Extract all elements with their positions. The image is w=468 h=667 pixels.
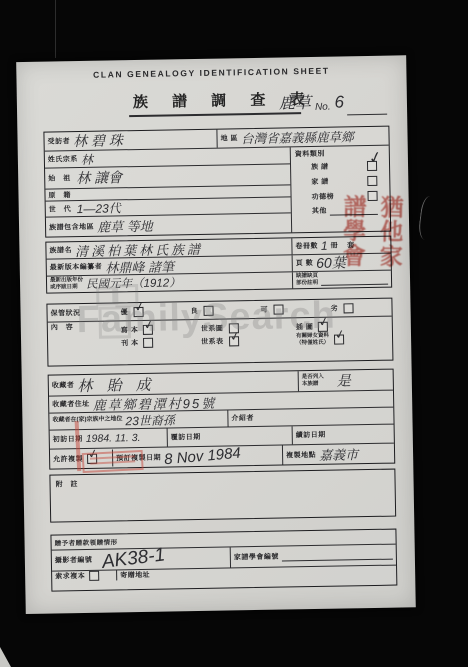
photographer-number-label: 攝影者編號 (55, 555, 93, 566)
content-illustrations-label: 插 圖 (296, 322, 314, 332)
volumes-value: 1 (321, 239, 328, 253)
copy-location-label: 複製地點 (286, 449, 316, 460)
sheet-title-english: CLAN GENEALOGY IDENTIFICATION SHEET (16, 64, 406, 81)
content-women-data-checkbox: ✓ (334, 334, 344, 344)
followup-visit-date-label: 續訪日期 (296, 430, 326, 441)
content-printed-checkbox (143, 338, 153, 348)
surname-lineage-label: 姓氏宗系 (48, 154, 78, 165)
pages-label: 頁 數 (296, 258, 314, 268)
section-notes: 附 註 (49, 469, 396, 523)
category-jiapu-label: 家 譜 (311, 177, 329, 187)
included-in-genealogy-label: 是否列入 本族譜 (302, 374, 324, 388)
condition-excellent-checkbox: ✓ (133, 306, 143, 316)
holder-clan-position-label: 收藏者在(家)宗族中之地位 (52, 417, 122, 425)
planned-copy-date-value: 8 Nov 1984 (163, 445, 241, 469)
generations-label: 世 代 (49, 204, 74, 214)
series-number-handwriting: 6 (334, 92, 344, 112)
surname-value: 林 (81, 150, 93, 167)
series-number-underline (347, 114, 387, 116)
category-zupu-checkbox: ✓ (367, 161, 377, 171)
copy-location-value: 嘉義市 (319, 444, 358, 464)
first-visit-date-value: 1984. 11. 3. (86, 432, 141, 445)
title-underline (129, 112, 301, 117)
content-illustrations-checkbox: ✓ (318, 321, 328, 331)
content-women-data-label: 有關婦女資料 （特僅姓氏） (296, 333, 329, 347)
content-pedigree-table-checkbox: ✓ (228, 336, 238, 346)
section-admin: 贈予者贈款領贈情形 攝影者編號 AK38-1 家譜學會編號 索求複本 寄贈地址 (50, 529, 397, 592)
content-label: 內 容 (51, 322, 76, 332)
condition-poor-label: 劣 (330, 303, 338, 313)
watermark-logo-square (96, 286, 115, 305)
area-value: 台灣省嘉義縣鹿草鄉 (241, 127, 354, 147)
included-in-genealogy-value: 是 (337, 370, 351, 390)
request-copy-label: 索求複本 (55, 571, 85, 582)
next-page-corner (0, 647, 11, 667)
publication-date-label: 最新出版年份 或序跋日期 (50, 277, 83, 291)
content-manuscript-checkbox: ✓ (143, 324, 153, 334)
mailing-address-label: 寄贈地址 (120, 570, 150, 581)
missing-pages-label: 缺譜缺頁 部份註明 (296, 273, 318, 287)
donor-record-label: 贈予者贈款領贈情形 (54, 537, 117, 547)
check-mark-icon: ✓ (228, 329, 241, 343)
society-number-label: 家譜學會編號 (234, 552, 279, 563)
first-ancestor-value: 林 讓會 (76, 167, 122, 188)
holder-label: 收藏者 (52, 380, 75, 390)
condition-good-label: 良 (190, 305, 198, 315)
content-pedigree-chart-label: 世系圖 (201, 323, 224, 333)
society-number-blank-line (282, 550, 393, 562)
compiler-label: 最新版本編纂者 (50, 262, 103, 273)
genealogy-survey-sheet: CLAN GENEALOGY IDENTIFICATION SHEET 族 譜 … (16, 55, 416, 614)
revisit-date-label: 覆訪日期 (171, 432, 201, 443)
film-edge-line (55, 0, 56, 58)
red-date-stamp-fragment (82, 450, 144, 473)
interviewee-label: 受訪者 (47, 136, 70, 146)
microfilm-frame: { "film": { "title_en": "CLAN GENEALOGY … (0, 0, 468, 667)
area-label: 地 區 (220, 133, 238, 143)
series-name-handwriting: 鹿草 (279, 90, 311, 114)
compiler-value: 林鼎峰 諸筆 (105, 256, 174, 276)
series-number-block: 鹿草 No. 6 (279, 89, 344, 113)
missing-pages-blank-line (321, 273, 388, 285)
origin-label: 原 籍 (48, 190, 73, 200)
genealogy-title-label: 族譜名 (49, 245, 72, 255)
notes-label: 附 註 (55, 479, 80, 489)
condition-fair-checkbox (273, 304, 283, 314)
interviewee-value: 林 碧 珠 (73, 130, 123, 151)
category-zupu-label: 族 譜 (311, 162, 329, 172)
watermark-logo-square (115, 284, 138, 307)
content-pedigree-table-label: 世系表 (201, 336, 224, 346)
introducer-label: 介紹者 (231, 413, 254, 423)
watermark-logo-square (98, 306, 131, 339)
category-merit-label: 功德榜 (311, 192, 334, 202)
generations-value: 1—23代 (77, 199, 121, 217)
category-jiapu-checkbox (367, 176, 377, 186)
film-scratch (417, 195, 437, 241)
first-ancestor-label: 始 祖 (48, 173, 73, 183)
volumes-label: 卷冊數 (295, 241, 318, 251)
content-printed-label: 刊 本 (121, 338, 139, 348)
condition-poor-checkbox (343, 303, 353, 313)
coverage-area-value: 鹿草 等地 (97, 216, 153, 236)
genealogical-society-red-stamp: 猶 他 家 譜 學 會 (336, 194, 411, 269)
condition-good-checkbox (203, 305, 213, 315)
condition-fair-label: 可 (260, 304, 268, 314)
holder-address-label: 收藏者住址 (52, 399, 90, 410)
coverage-area-label: 族譜包含地區 (49, 221, 94, 232)
condition-label: 保管狀況 (50, 308, 80, 319)
request-copy-checkbox (89, 571, 99, 581)
holder-value: 林 貽 成 (77, 373, 156, 395)
holder-clan-position-value: 23世裔孫 (125, 411, 175, 429)
number-abbreviation: No. (315, 102, 331, 113)
category-other-label: 其他 (312, 206, 327, 216)
